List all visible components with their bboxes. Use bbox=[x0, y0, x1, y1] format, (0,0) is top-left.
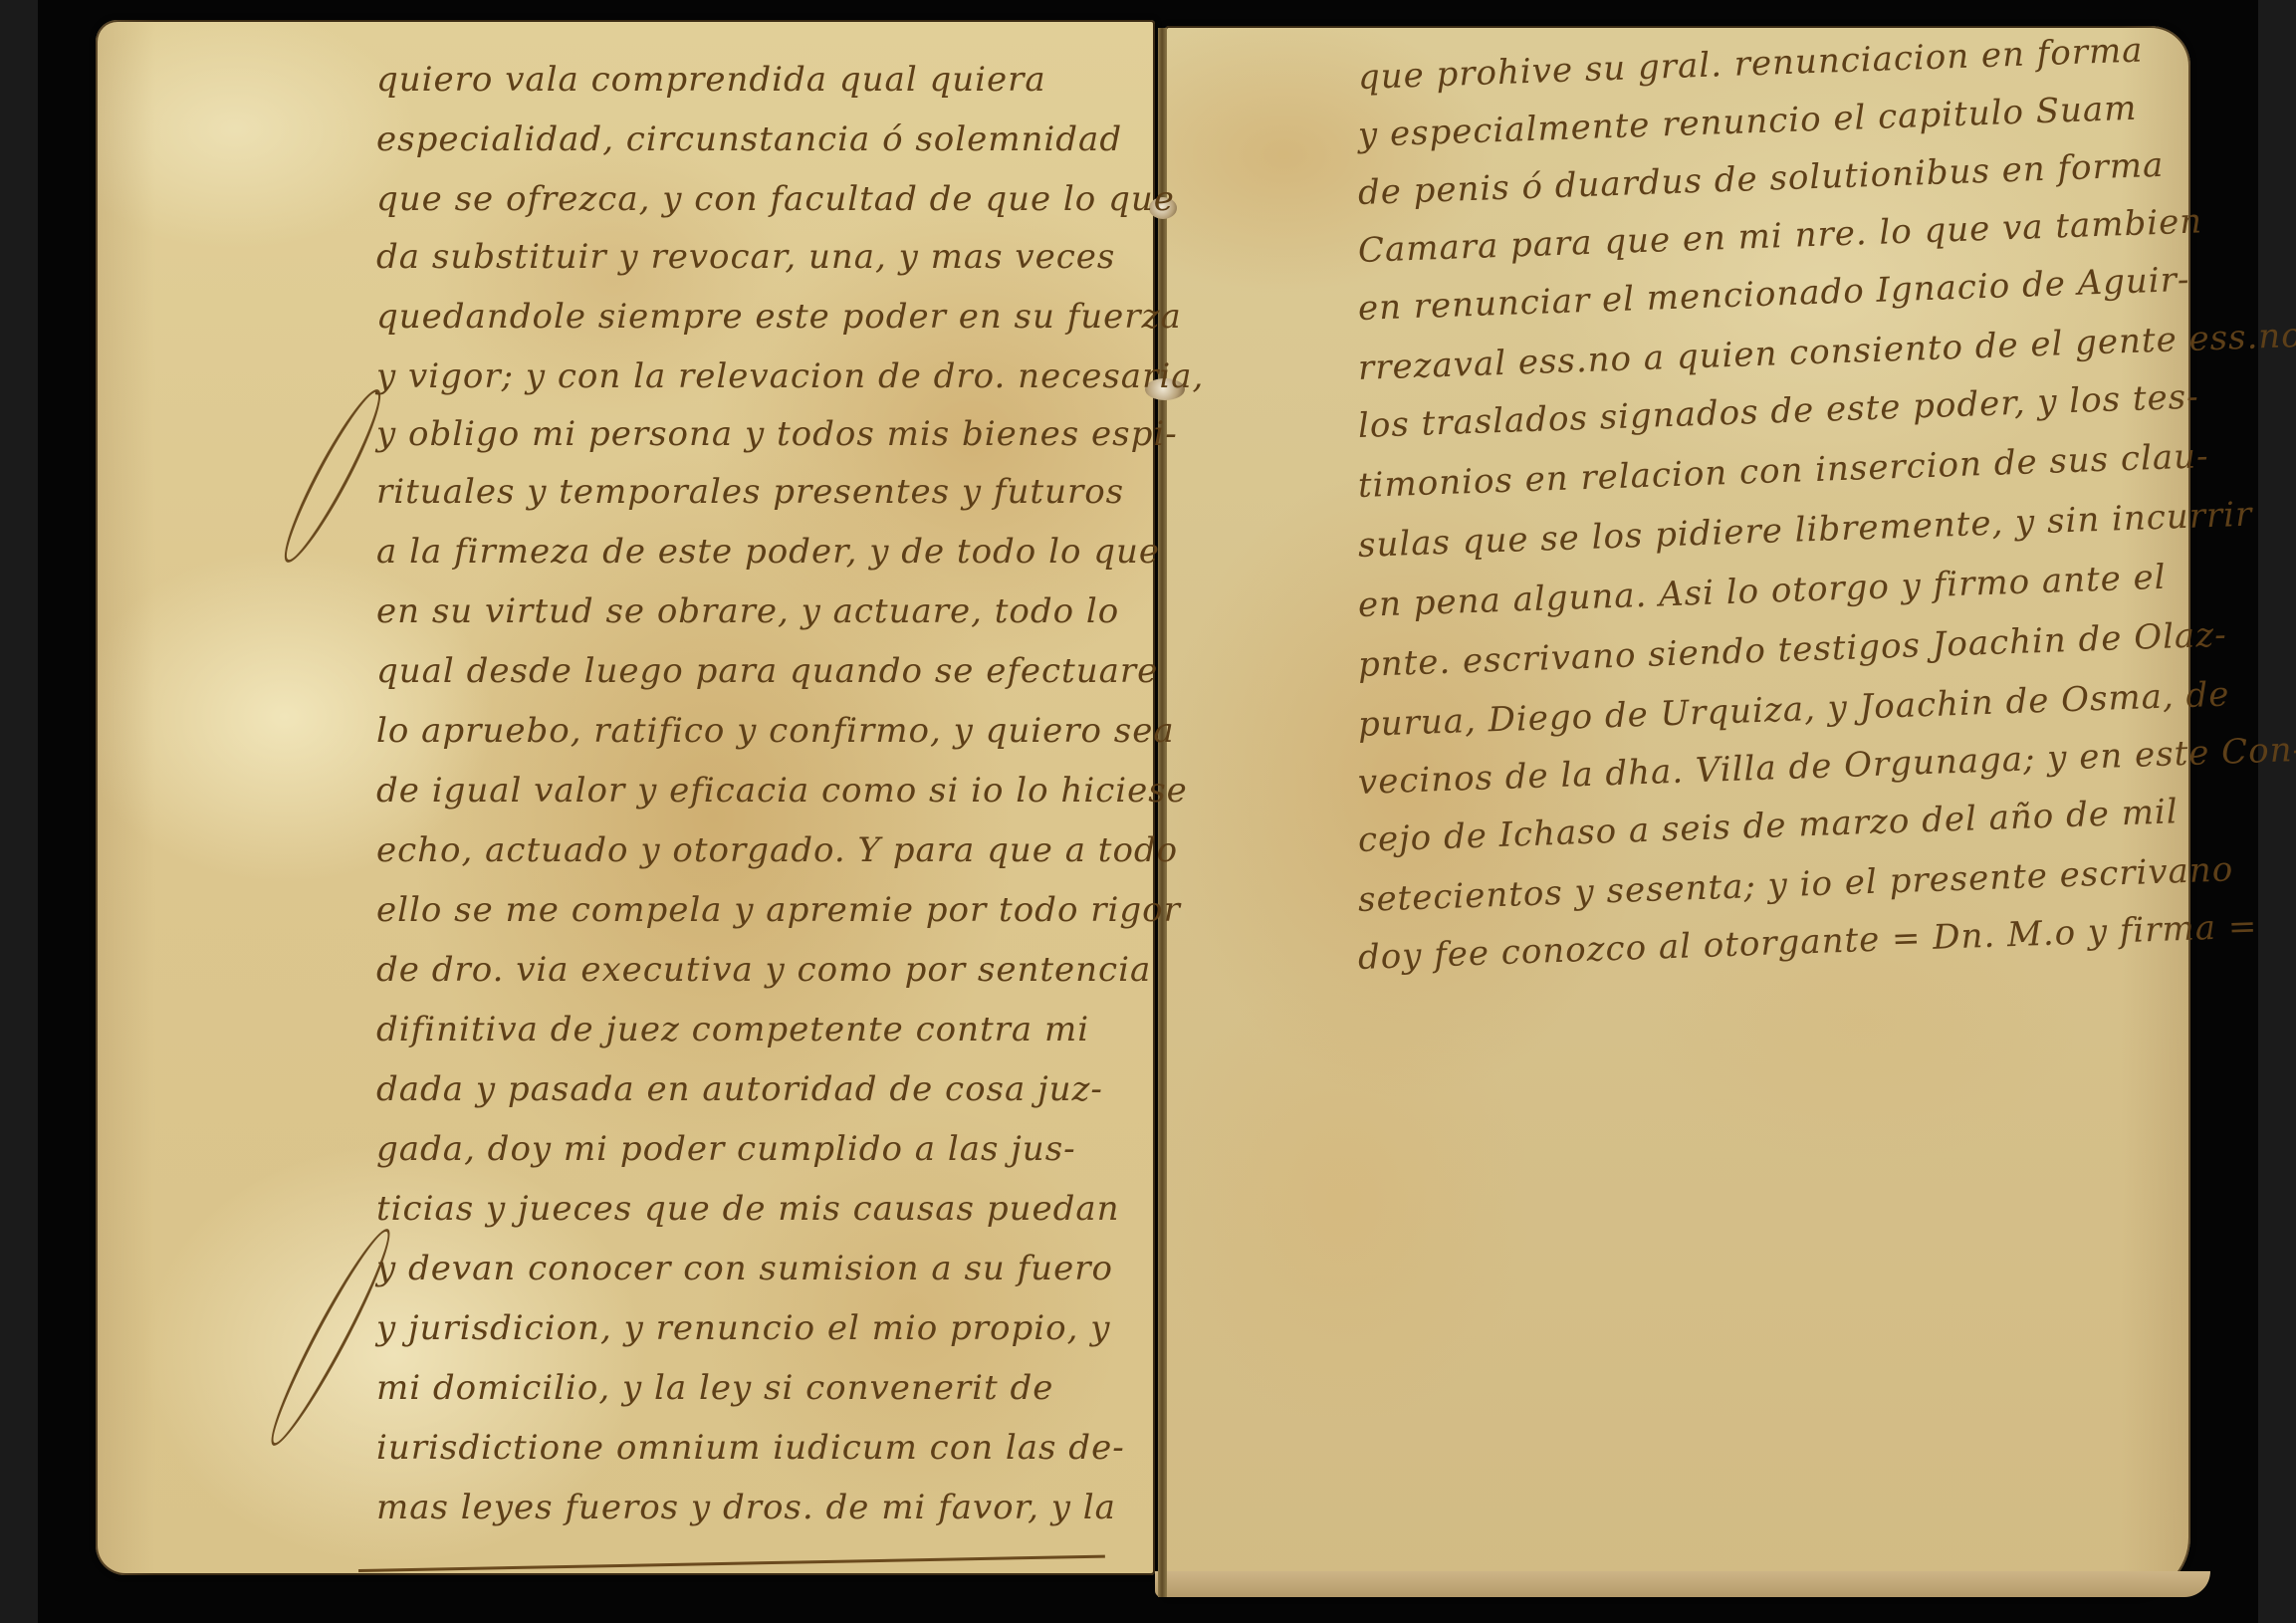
text-line: ticias y jueces que de mis causas puedan bbox=[376, 1189, 1120, 1229]
text-line: ello se me compela y apremie por todo ri… bbox=[376, 890, 1181, 930]
text-line: que se ofrezca, y con facultad de que lo… bbox=[376, 179, 1175, 219]
text-line: a la firmeza de este poder, y de todo lo… bbox=[376, 532, 1160, 572]
text-line: quiero vala comprendida qual quiera bbox=[376, 60, 1046, 100]
text-line: lo apruebo, ratifico y confirmo, y quier… bbox=[376, 711, 1175, 751]
ragged-edge bbox=[96, 20, 155, 1575]
text-line: de dro. via executiva y como por sentenc… bbox=[376, 950, 1151, 990]
text-line: quedandole siempre este poder en su fuer… bbox=[376, 297, 1182, 337]
text-line: echo, actuado y otorgado. Y para que a t… bbox=[376, 830, 1178, 870]
text-line: iurisdictione omnium iudicum con las de- bbox=[376, 1428, 1125, 1468]
text-line: dada y pasada en autoridad de cosa juz- bbox=[376, 1069, 1103, 1109]
text-line: difinitiva de juez competente contra mi bbox=[376, 1010, 1089, 1049]
text-line: mi domicilio, y la ley si convenerit de bbox=[376, 1368, 1053, 1408]
text-line: rituales y temporales presentes y futuro… bbox=[376, 472, 1124, 512]
manuscript-spread: quiero vala comprendida qual quiera espe… bbox=[0, 0, 2296, 1623]
text-line: en su virtud se obrare, y actuare, todo … bbox=[376, 591, 1119, 631]
text-line: y devan conocer con sumision a su fuero bbox=[376, 1249, 1113, 1288]
text-line: da substituir y revocar, una, y mas vece… bbox=[376, 237, 1115, 277]
binding-gutter bbox=[1158, 28, 1167, 1597]
text-line: gada, doy mi poder cumplido a las jus- bbox=[376, 1129, 1076, 1169]
lower-leaves-edge bbox=[1155, 1571, 2210, 1597]
text-line: y jurisdicion, y renuncio el mio propio,… bbox=[376, 1308, 1110, 1348]
text-line: qual desde luego para quando se efectuar… bbox=[376, 651, 1158, 691]
text-line: y obligo mi persona y todos mis bienes e… bbox=[376, 414, 1178, 454]
text-line: mas leyes fueros y dros. de mi favor, y … bbox=[376, 1488, 1116, 1527]
text-line: y vigor; y con la relevacion de dro. nec… bbox=[376, 356, 1204, 396]
text-line: especialidad, circunstancia ó solemnidad bbox=[376, 119, 1122, 159]
text-line: de igual valor y eficacia como si io lo … bbox=[376, 771, 1188, 811]
